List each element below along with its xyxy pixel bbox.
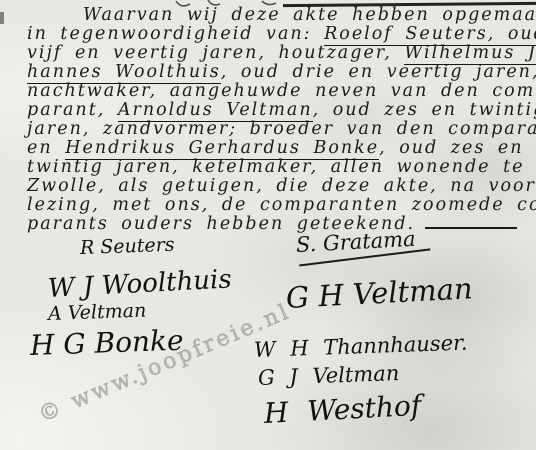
- akte-line: parant, Arnoldus Veltman, oud zes en twi…: [27, 101, 536, 120]
- text-segment: nachtwaker, aangehuwde neven van den com…: [27, 81, 536, 101]
- akte-line: en Hendrikus Gerhardus Bonke, oud zes en: [27, 139, 536, 158]
- signature-h-westhof: H Westhof: [263, 389, 422, 430]
- signature-wj-woolthuis: W J Woolthuis: [47, 264, 232, 304]
- akte-line: Waarvan wij deze akte hebben opgemaakt: [27, 6, 536, 25]
- akte-line: hannes Woolthuis, oud drie en veertig ja…: [27, 63, 536, 82]
- akte-line: nachtwaker, aangehuwde neven van den com…: [27, 82, 536, 101]
- text-segment: , oud drie en veertig jaren,: [221, 62, 536, 82]
- akte-line: Zwolle, als getuigen, die deze akte, na …: [27, 177, 536, 196]
- akte-line: lezing, met ons, de comparanten zoomede …: [27, 196, 536, 215]
- text-segment: parant,: [27, 100, 118, 120]
- scanned-document-page: Waarvan wij deze akte hebben opgemaakt i…: [0, 0, 536, 450]
- signature-wh-thannhauser: W H Thannhauser.: [254, 331, 468, 362]
- signature-s-gratama: S. Gratama: [295, 227, 416, 257]
- akte-line-final: parants ouders hebben geteekend.: [27, 215, 536, 234]
- text-segment: in tegenwoordigheid van:: [27, 24, 324, 44]
- akte-text-block: Waarvan wij deze akte hebben opgemaakt i…: [27, 6, 536, 234]
- akte-line: twintig jaren, ketelmaker, allen wonende…: [27, 158, 536, 177]
- trailing-dash-rule: [425, 223, 517, 229]
- signature-r-seuters: R Seuters: [80, 234, 175, 259]
- signature-gh-veltman: G H Veltman: [285, 271, 473, 315]
- text-segment: jaren, zandvormer; broeder van den compa…: [27, 119, 536, 139]
- signature-a-veltman: A Veltman: [48, 300, 147, 325]
- signature-gj-veltman: G J Veltman: [258, 361, 400, 390]
- text-segment: en: [27, 138, 65, 158]
- text-segment: Zwolle, als getuigen, die deze akte, na …: [27, 176, 536, 196]
- text-segment: vijf en veertig jaren, houtzager,: [27, 43, 404, 63]
- text-segment: twintig jaren, ketelmaker, allen wonende…: [27, 157, 525, 177]
- scan-edge-artifact: [0, 12, 4, 24]
- text-segment: , oud zes en: [379, 138, 523, 158]
- akte-line: in tegenwoordigheid van: Roelof Seuters,…: [27, 25, 536, 44]
- akte-line: vijf en veertig jaren, houtzager, Wilhel…: [27, 44, 536, 63]
- text-segment: lezing, met ons, de comparanten zoomede …: [27, 195, 536, 215]
- text-segment: Waarvan wij deze akte hebben opgemaakt: [83, 5, 536, 25]
- akte-line: jaren, zandvormer; broeder van den compa…: [27, 120, 536, 139]
- text-segment: , oud zes en twintig: [313, 100, 536, 120]
